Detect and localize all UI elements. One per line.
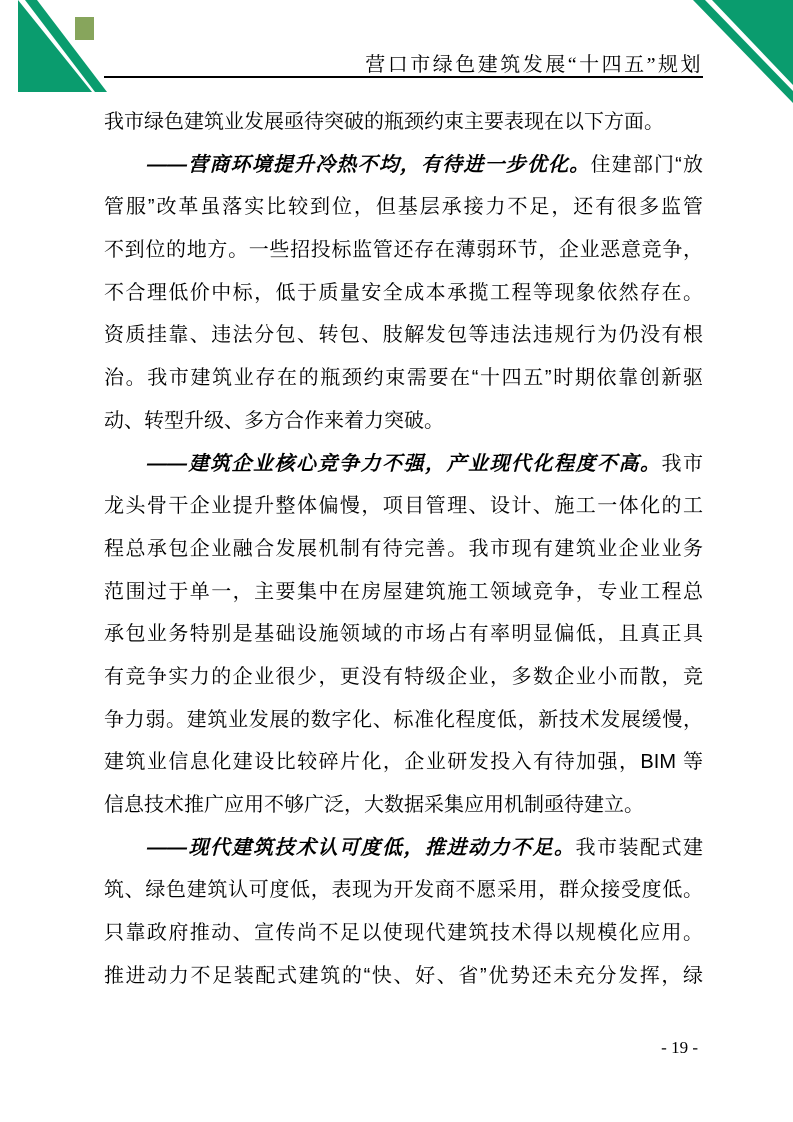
document-body: 我市绿色建筑业发展亟待突破的瓶颈约束主要表现在以下方面。 ——营商环境提升冷热不… [104, 101, 703, 997]
body-line: 推进动力不足装配式建筑的“快、好、省”优势还未充分发挥，绿 [104, 955, 703, 998]
body-line-text: 只靠政府推动、宣传尚不足以使现代建筑技术得以规模化应用。 [104, 922, 703, 944]
body-line: 我市绿色建筑业发展亟待突破的瓶颈约束主要表现在以下方面。 [104, 101, 703, 144]
body-line-text: 承包业务特别是基础设施领域的市场占有率明显偏低，且真正具 [104, 623, 703, 645]
body-line-text: 住建部门“放 [590, 154, 703, 176]
document-page: 营口市绿色建筑发展“十四五”规划 我市绿色建筑业发展亟待突破的瓶颈约束主要表现在… [0, 0, 793, 1122]
accent-square-rect [75, 17, 94, 40]
paragraph-lead: ——建筑企业核心竞争力不强，产业现代化程度不高。 [147, 453, 662, 475]
body-line: 筑、绿色建筑认可度低，表现为开发商不愿采用，群众接受度低。 [104, 869, 703, 912]
body-line: 动、转型升级、多方合作来着力突破。 [104, 400, 703, 443]
corner-triangle-left-main [18, 0, 92, 92]
body-line: 龙头骨干企业提升整体偏慢，项目管理、设计、施工一体化的工 [104, 485, 703, 528]
body-line-text: 动、转型升级、多方合作来着力突破。 [104, 410, 444, 432]
accent-square-icon [75, 17, 94, 40]
body-line-text: 我市绿色建筑业发展亟待突破的瓶颈约束主要表现在以下方面。 [104, 111, 664, 133]
body-line-text: 范围过于单一，主要集中在房屋建筑施工领域竞争，专业工程总 [104, 581, 703, 603]
body-line: 不到位的地方。一些招投标监管还存在薄弱环节，企业恶意竞争， [104, 229, 703, 272]
body-line-text: 我市装配式建 [576, 837, 704, 859]
body-line: 不合理低价中标，低于质量安全成本承揽工程等现象依然存在。 [104, 272, 703, 315]
body-line: ——建筑企业核心竞争力不强，产业现代化程度不高。我市 [104, 443, 703, 486]
document-header-title: 营口市绿色建筑发展“十四五”规划 [365, 48, 703, 77]
paragraph-lead: ——营商环境提升冷热不均，有待进一步优化。 [147, 154, 590, 176]
body-line: ——现代建筑技术认可度低，推进动力不足。我市装配式建 [104, 827, 703, 870]
body-line-text: 不合理低价中标，低于质量安全成本承揽工程等现象依然存在。 [104, 282, 703, 304]
body-line: 信息技术推广应用不够广泛，大数据采集应用机制亟待建立。 [104, 784, 703, 827]
corner-triangle-left-icon [0, 0, 112, 95]
paragraph-lead: ——现代建筑技术认可度低，推进动力不足。 [147, 837, 576, 859]
body-line: 资质挂靠、违法分包、转包、肢解发包等违法违规行为仍没有根 [104, 314, 703, 357]
body-line-text: 资质挂靠、违法分包、转包、肢解发包等违法违规行为仍没有根 [104, 324, 703, 346]
body-line: 管服”改革虽落实比较到位，但基层承接力不足，还有很多监管 [104, 186, 703, 229]
body-line: 治。我市建筑业存在的瓶颈约束需要在“十四五”时期依靠创新驱 [104, 357, 703, 400]
body-line-text: 信息技术推广应用不够广泛，大数据采集应用机制亟待建立。 [104, 794, 644, 816]
body-line-text: 管服”改革虽落实比较到位，但基层承接力不足，还有很多监管 [104, 196, 703, 218]
body-line-text: 龙头骨干企业提升整体偏慢，项目管理、设计、施工一体化的工 [104, 495, 703, 517]
corner-triangle-right-main [712, 0, 793, 85]
body-line-text: 有竞争实力的企业很少，更没有特级企业，多数企业小而散，竞 [104, 666, 703, 688]
body-line-text: 筑、绿色建筑认可度低，表现为开发商不愿采用，群众接受度低。 [104, 879, 703, 901]
body-line-text: 治。我市建筑业存在的瓶颈约束需要在“十四五”时期依靠创新驱 [104, 367, 703, 389]
body-line: 程总承包企业融合发展机制有待完善。我市现有建筑业企业业务 [104, 528, 703, 571]
body-line: 承包业务特别是基础设施领域的市场占有率明显偏低，且真正具 [104, 613, 703, 656]
body-line-text: 争力弱。建筑业发展的数字化、标准化程度低，新技术发展缓慢， [104, 709, 703, 731]
body-line: 只靠政府推动、宣传尚不足以使现代建筑技术得以规模化应用。 [104, 912, 703, 955]
body-line-text: 不到位的地方。一些招投标监管还存在薄弱环节，企业恶意竞争， [104, 239, 703, 261]
header-rule [104, 76, 703, 78]
body-line: 有竞争实力的企业很少，更没有特级企业，多数企业小而散，竞 [104, 656, 703, 699]
body-line-text: 我市 [662, 453, 704, 475]
body-line: 争力弱。建筑业发展的数字化、标准化程度低，新技术发展缓慢， [104, 699, 703, 742]
body-line-text: 推进动力不足装配式建筑的“快、好、省”优势还未充分发挥，绿 [104, 965, 703, 987]
body-line: 建筑业信息化建设比较碎片化，企业研发投入有待加强，BIM 等 [104, 741, 703, 784]
body-line-text: 建筑业信息化建设比较碎片化，企业研发投入有待加强，BIM 等 [104, 751, 703, 773]
body-line: ——营商环境提升冷热不均，有待进一步优化。住建部门“放 [104, 144, 703, 187]
page-number: - 19 - [661, 1038, 698, 1058]
body-line-text: 程总承包企业融合发展机制有待完善。我市现有建筑业企业业务 [104, 538, 703, 560]
body-line: 范围过于单一，主要集中在房屋建筑施工领域竞争，专业工程总 [104, 571, 703, 614]
